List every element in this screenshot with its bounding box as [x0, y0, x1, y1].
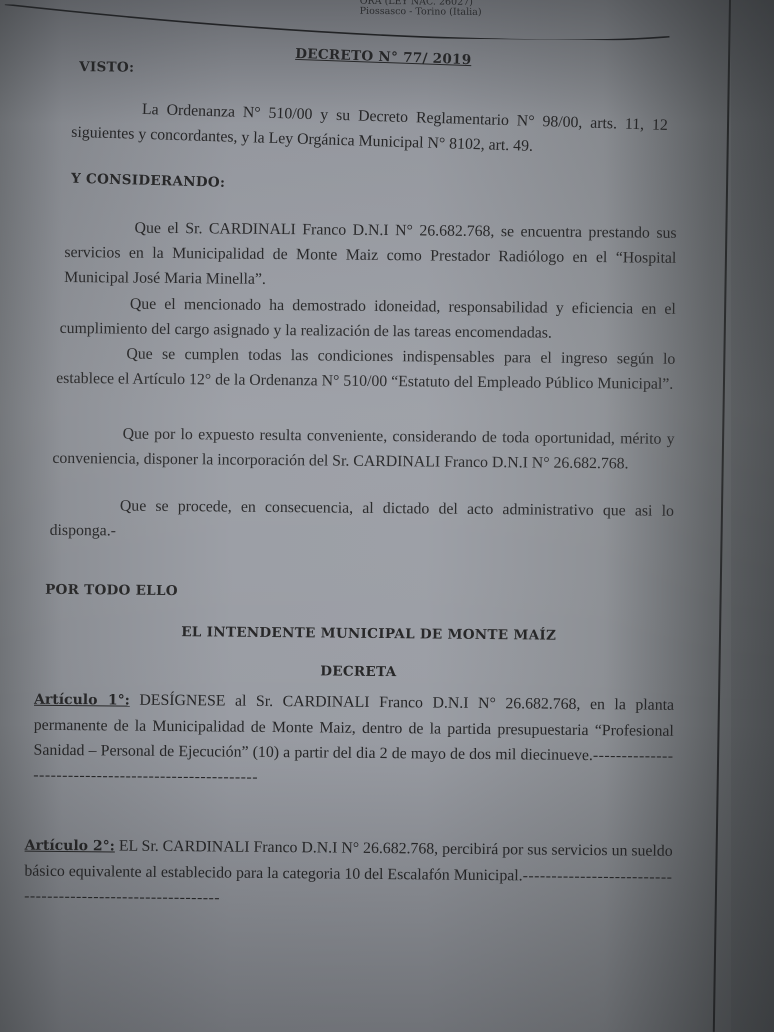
authority-heading: EL INTENDENTE MUNICIPAL DE MONTE MAÍZ — [0, 622, 729, 645]
visto-heading: VISTO: — [79, 59, 134, 76]
considerando-text-5: Que se procede, en consecuencia, al dict… — [50, 498, 674, 540]
letterhead-meta-line-2: Piossasco - Torino (Italia) — [360, 7, 482, 18]
article-1: Artículo 1°: DESÍGNESE al Sr. CARDINALI … — [33, 687, 674, 794]
decreta-heading: DECRETA — [0, 660, 718, 683]
article-2: Artículo 2°: EL Sr. CARDINALI Franco D.N… — [24, 833, 673, 915]
por-todo-ello-heading: POR TODO ELLO — [45, 582, 178, 599]
visto-paragraph: La Ordenanza N° 510/00 y su Decreto Regl… — [71, 95, 668, 163]
considerando-text-2: Que el mencionado ha demostrado idoneida… — [60, 296, 676, 342]
visto-paragraph-text: La Ordenanza N° 510/00 y su Decreto Regl… — [71, 101, 668, 155]
considerando-text-1: Que el Sr. CARDINALI Franco D.N.I N° 26.… — [64, 220, 677, 288]
decree-document: ORA (LEY NAC. 26027) Piossasco - Torino … — [0, 0, 774, 1032]
article-1-label: Artículo 1°: — [34, 692, 130, 709]
considerando-paragraph-3: Que se cumplen todas las condiciones ind… — [56, 341, 675, 397]
decree-title: DECRETO N° 77/ 2019 — [295, 46, 472, 68]
considerando-heading: Y CONSIDERANDO: — [71, 171, 226, 191]
considerando-paragraph-2: Que el mencionado ha demostrado idoneida… — [60, 291, 676, 347]
article-1-text: DESÍGNESE al Sr. CARDINALI Franco D.N.I … — [34, 692, 675, 764]
considerando-paragraph-5: Que se procede, en consecuencia, al dict… — [50, 493, 674, 549]
considerando-text-3: Que se cumplen todas las condiciones ind… — [56, 346, 675, 393]
letterhead-meta: ORA (LEY NAC. 26027) Piossasco - Torino … — [360, 0, 482, 18]
article-2-label: Artículo 2°: — [25, 838, 115, 855]
considerando-paragraph-1: Que el Sr. CARDINALI Franco D.N.I N° 26.… — [64, 215, 677, 296]
considerando-paragraph-4: Que por lo expuesto resulta conveniente,… — [52, 421, 674, 477]
considerando-text-4: Que por lo expuesto resulta conveniente,… — [52, 426, 674, 473]
